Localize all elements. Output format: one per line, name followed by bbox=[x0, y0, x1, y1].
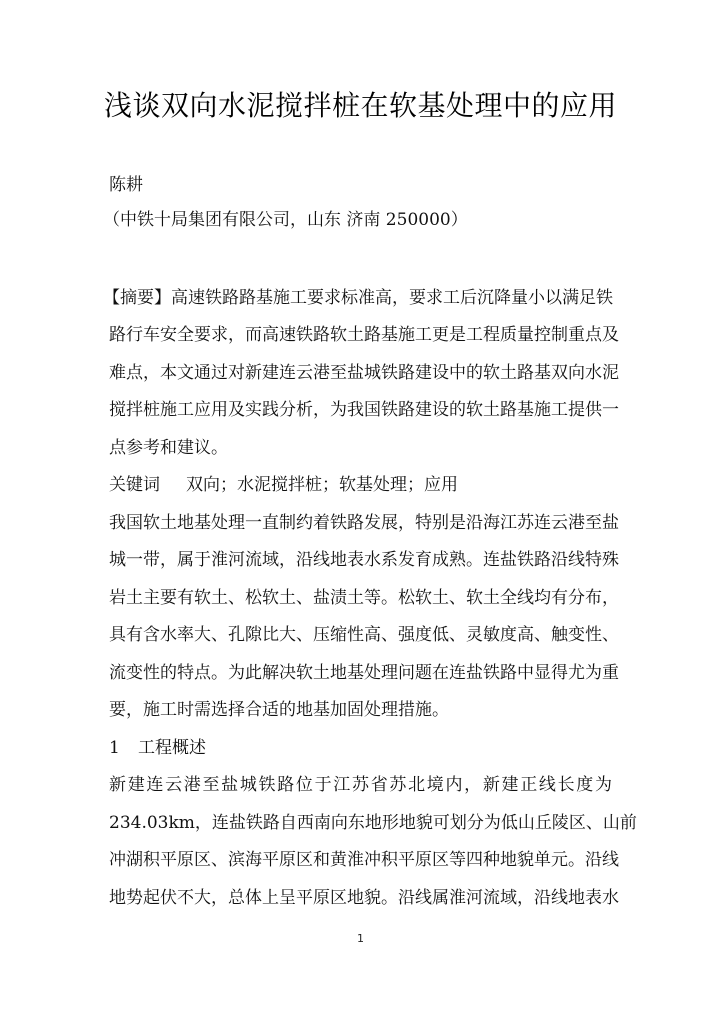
keywords-value: 双向；水泥搅拌桩；软基处理；应用 bbox=[186, 475, 458, 495]
abstract-line: 点参考和建议。 bbox=[109, 436, 612, 460]
body-line: 岩土主要有软土、松软土、盐渍土等。松软土、软土全线均有分布， bbox=[109, 586, 612, 610]
abstract-line: 【摘要】高速铁路路基施工要求标准高，要求工后沉降量小以满足铁 bbox=[103, 286, 612, 310]
abstract-line: 搅拌桩施工应用及实践分析，为我国铁路建设的软土路基施工提供一 bbox=[109, 398, 612, 422]
page-number: 1 bbox=[0, 932, 721, 946]
author-affiliation: （中铁十局集团有限公司，山东 济南 250000） bbox=[103, 208, 606, 232]
body-line: 要，施工时需选择合适的地基加固处理措施。 bbox=[109, 698, 612, 722]
keywords: 关键词双向；水泥搅拌桩；软基处理；应用 bbox=[109, 473, 612, 497]
body-line: 城一带，属于淮河流域，沿线地表水系发育成熟。连盐铁路沿线特殊 bbox=[109, 548, 612, 572]
document-page: 浅谈双向水泥搅拌桩在软基处理中的应用 陈耕 （中铁十局集团有限公司，山东 济南 … bbox=[0, 0, 721, 1020]
body-line: 具有含水率大、孔隙比大、压缩性高、强度低、灵敏度高、触变性、 bbox=[109, 623, 612, 647]
section-title: 工程概述 bbox=[138, 738, 206, 758]
body-line: 新建连云港至盐城铁路位于江苏省苏北境内，新建正线长度为 bbox=[109, 773, 612, 797]
body-line: 冲湖积平原区、滨海平原区和黄淮冲积平原区等四种地貌单元。沿线 bbox=[109, 848, 612, 872]
abstract-line: 路行车安全要求，而高速铁路软土路基施工更是工程质量控制重点及 bbox=[109, 323, 612, 347]
section-heading: 1工程概述 bbox=[109, 736, 612, 760]
section-number: 1 bbox=[109, 736, 138, 760]
author-name: 陈耕 bbox=[109, 173, 612, 197]
document-title: 浅谈双向水泥搅拌桩在软基处理中的应用 bbox=[0, 88, 721, 124]
body-line: 我国软土地基处理一直制约着铁路发展，特别是沿海江苏连云港至盐 bbox=[109, 511, 612, 535]
body-line: 地势起伏不大，总体上呈平原区地貌。沿线属淮河流域，沿线地表水 bbox=[109, 886, 612, 910]
keywords-label: 关键词 bbox=[109, 473, 186, 497]
abstract-line: 难点，本文通过对新建连云港至盐城铁路建设中的软土路基双向水泥 bbox=[109, 361, 612, 385]
body-line: 流变性的特点。为此解决软土地基处理问题在连盐铁路中显得尤为重 bbox=[109, 661, 612, 685]
body-line: 234.03km，连盐铁路自西南向东地形地貌可划分为低山丘陵区、山前 bbox=[109, 811, 612, 835]
